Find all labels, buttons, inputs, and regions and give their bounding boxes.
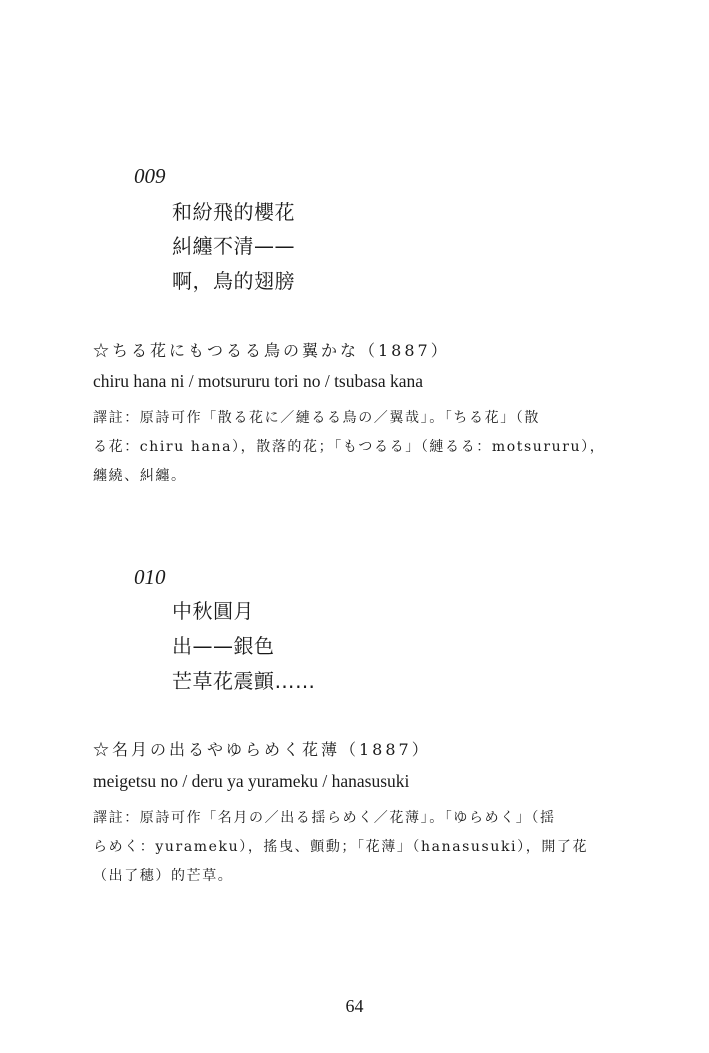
note-line: る花：chiru hana），散落的花；「もつるる」（縺るる：motsururu… xyxy=(93,433,623,462)
note-line: 譯註：原詩可作「散る花に／縺るる鳥の／翼哉」。「ちる花」（散 xyxy=(93,404,623,433)
note-line: らめく：yurameku），搖曳、顫動；「花薄」（hanasusuki），開了花 xyxy=(93,833,623,862)
poem-line: 糾纏不清—— xyxy=(172,233,295,259)
romaji-transliteration: chiru hana ni / motsururu tori no / tsub… xyxy=(93,370,423,392)
poem-line: 啊，鳥的翅膀 xyxy=(172,268,295,294)
note-line: （出了穗）的芒草。 xyxy=(93,862,623,891)
translator-note: 譯註：原詩可作「名月の／出る揺らめく／花薄」。「ゆらめく」（揺 らめく：yura… xyxy=(93,804,623,891)
poem-line: 和紛飛的櫻花 xyxy=(172,199,295,225)
note-line: 纏繞、糾纏。 xyxy=(93,462,623,491)
note-line: 譯註：原詩可作「名月の／出る揺らめく／花薄」。「ゆらめく」（揺 xyxy=(93,804,623,833)
page-number: 64 xyxy=(0,996,709,1017)
entry-number: 010 xyxy=(134,565,166,589)
romaji-transliteration: meigetsu no / deru ya yurameku / hanasus… xyxy=(93,770,409,792)
poem-line: 芒草花震顫…… xyxy=(172,668,316,694)
original-japanese: ☆名月の出るやゆらめく花薄（1887） xyxy=(93,739,431,761)
entry-number: 009 xyxy=(134,164,166,188)
poem-line: 出——銀色 xyxy=(172,633,275,659)
book-page: 009 和紛飛的櫻花 糾纏不清—— 啊，鳥的翅膀 ☆ちる花にもつるる鳥の翼かな（… xyxy=(0,0,709,1053)
poem-line: 中秋圓月 xyxy=(172,598,254,624)
translator-note: 譯註：原詩可作「散る花に／縺るる鳥の／翼哉」。「ちる花」（散 る花：chiru … xyxy=(93,404,623,491)
original-japanese: ☆ちる花にもつるる鳥の翼かな（1887） xyxy=(93,340,450,362)
